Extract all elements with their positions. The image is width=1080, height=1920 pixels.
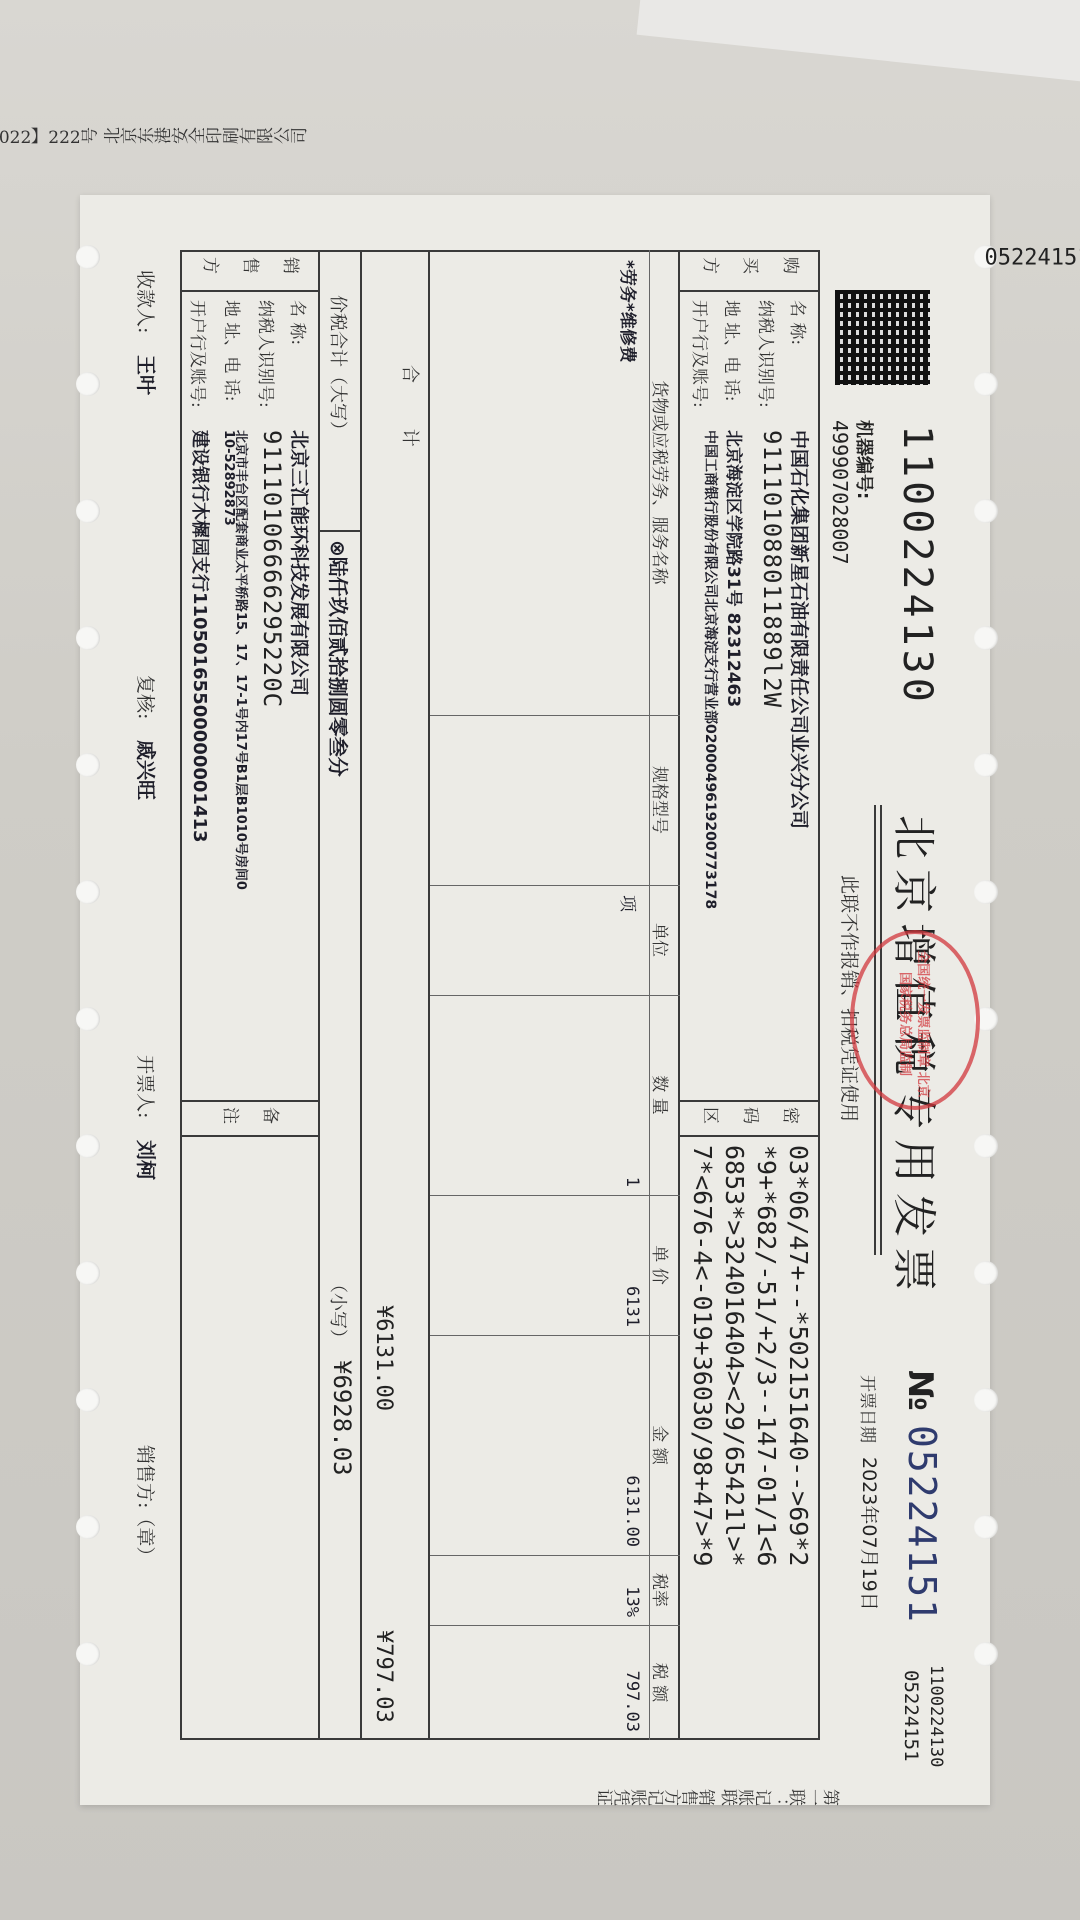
- feed-hole: [974, 499, 998, 523]
- feed-hole: [76, 1007, 100, 1031]
- cipher-label: 密码区: [690, 1107, 810, 1133]
- grand-total-lowercase: ¥6928.03: [328, 1360, 356, 1476]
- buyer-name: 中国石化集团新星石油有限责任公司业兴分公司: [787, 430, 814, 829]
- payee-name: 王叶: [133, 355, 162, 395]
- cipher-text: 03*06/47+--*502151640-->69*2 *9+*682/-51…: [686, 1145, 814, 1566]
- qr-code: [835, 290, 930, 385]
- buyer-tax-id: 911101088011889l2W: [758, 430, 786, 708]
- invoice-code-right: 1100224130: [926, 1665, 946, 1767]
- seller-seal-label: 销售方:（章）: [133, 1445, 160, 1565]
- feed-hole: [76, 245, 100, 269]
- feed-hole: [76, 1515, 100, 1539]
- issue-date-label: 开票日期: [857, 1375, 882, 1443]
- seller-phone: 10-52892873: [221, 430, 236, 526]
- column-divider: [430, 1195, 680, 1196]
- item-cell-price: 6131: [622, 1195, 642, 1327]
- buyer-section-label: 购买方: [690, 257, 810, 283]
- grand-total-label: 价税合计（大写）: [326, 295, 352, 439]
- feed-hole: [76, 372, 100, 396]
- item-cell-name: *劳务*维修费: [617, 250, 642, 707]
- feed-hole: [76, 1642, 100, 1666]
- feed-hole: [76, 880, 100, 904]
- feed-hole: [76, 753, 100, 777]
- column-header: 数 量: [649, 995, 674, 1195]
- invoice-number-right: 05224151: [900, 1670, 922, 1762]
- item-cell-rate: 13%: [622, 1555, 642, 1617]
- buyer-bank: 中国工商银行股份有限公司北京海淀支行营业部0200049619200773178: [702, 430, 718, 1070]
- feed-hole: [76, 499, 100, 523]
- item-cell-qty: 1: [622, 995, 642, 1187]
- invoice-document: 05224151 1100224130 机器编号: 499907028007 北…: [80, 195, 990, 1805]
- feed-hole: [76, 1261, 100, 1285]
- item-cell-amount: 6131.00: [622, 1335, 642, 1547]
- number-label: №: [900, 1370, 940, 1411]
- feed-hole: [76, 1388, 100, 1412]
- invoice-code: 1100224130: [894, 425, 940, 706]
- feed-hole: [974, 372, 998, 396]
- column-divider: [430, 885, 680, 886]
- column-header: 单 价: [649, 1195, 674, 1335]
- total-label: 合 计: [398, 365, 424, 447]
- column-header: 规格型号: [649, 715, 674, 885]
- column-header: 税率: [649, 1555, 674, 1625]
- column-header: 单位: [649, 885, 674, 995]
- column-divider: [430, 995, 680, 996]
- printer-note: 京税函【2022】222号 北京东港安全印刷有限公司: [0, 125, 460, 150]
- feed-hole: [974, 626, 998, 650]
- total-amount: ¥6131.00: [371, 1305, 396, 1411]
- seller-bank: 建设银行木樨园支行11050165500000001413: [188, 430, 214, 843]
- grand-total-uppercase: ⊗陆仟玖佰贰拾捌圆零叁分: [325, 540, 354, 777]
- column-header: 货物或应税劳务、服务名称: [649, 250, 674, 715]
- reviewer-name: 戚兴旺: [133, 740, 162, 800]
- issue-date: 2023年07月19日: [857, 1457, 884, 1611]
- column-header: 税 额: [649, 1625, 674, 1740]
- seller-tax-id: 91110106666295220C: [258, 430, 286, 708]
- top-serial: 05224151: [985, 245, 1080, 270]
- feed-hole: [76, 626, 100, 650]
- seller-name: 北京三汇能环科技发展有限公司: [287, 430, 314, 696]
- feed-hole: [974, 880, 998, 904]
- invoice-stamp: 全国统一发票监制章 北京 国家税务总局监制: [850, 930, 980, 1110]
- feed-hole: [76, 1134, 100, 1158]
- machine-number: 499907028007: [828, 420, 852, 565]
- feed-hole: [974, 1388, 998, 1412]
- item-cell-unit: 项: [617, 885, 642, 987]
- feed-hole: [974, 1515, 998, 1539]
- total-tax: ¥797.03: [371, 1630, 396, 1723]
- seller-section-label: 销售方: [190, 257, 310, 283]
- column-divider: [430, 1555, 680, 1556]
- invoice-number: 05224151: [900, 1425, 944, 1624]
- column-divider: [430, 1625, 680, 1626]
- copy-note: 第一联：记账联 销售方记账凭证: [597, 1747, 840, 1807]
- remark-label: 备注: [210, 1107, 290, 1133]
- feed-hole: [974, 753, 998, 777]
- feed-hole: [974, 1642, 998, 1666]
- feed-hole: [974, 1134, 998, 1158]
- column-divider: [430, 1335, 680, 1336]
- item-cell-tax: 797.03: [622, 1625, 642, 1732]
- machine-number-label: 机器编号:: [852, 420, 878, 499]
- issuer-name: 刘柯: [133, 1140, 162, 1180]
- feed-hole: [974, 1261, 998, 1285]
- column-header: 金 额: [649, 1335, 674, 1555]
- column-divider: [430, 715, 680, 716]
- buyer-address: 北京海淀区学院路31号 82312463: [723, 430, 748, 707]
